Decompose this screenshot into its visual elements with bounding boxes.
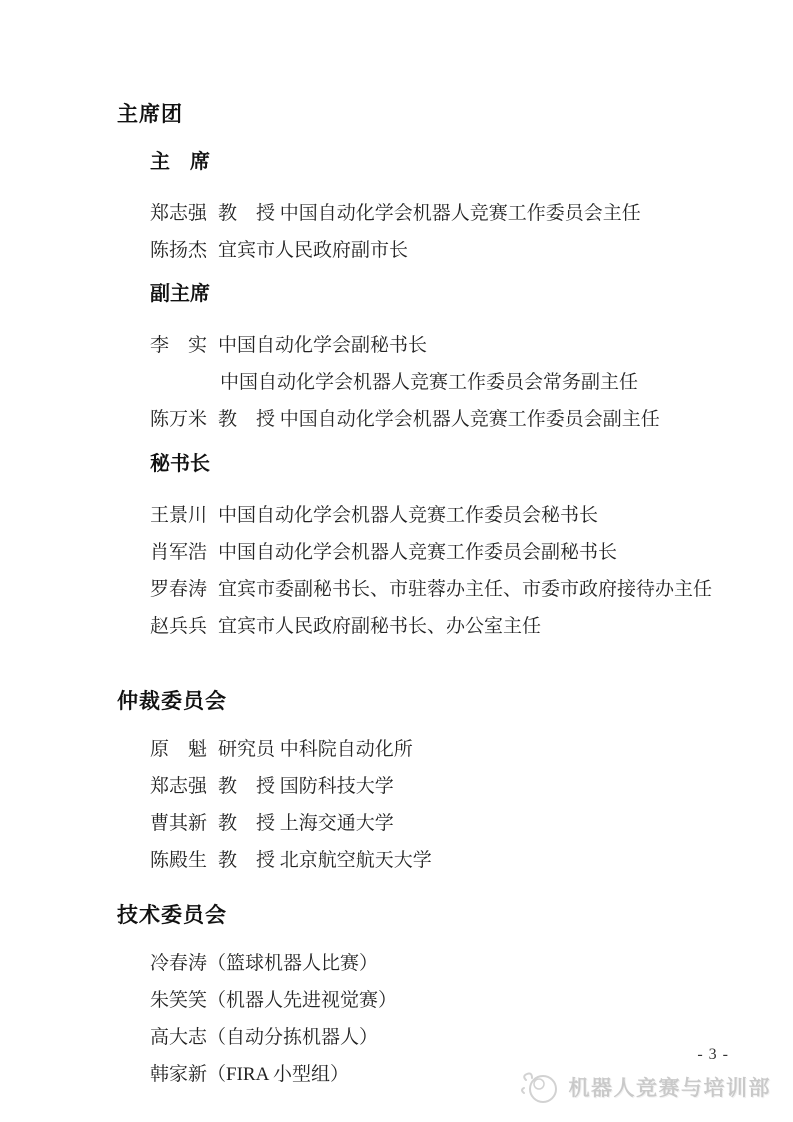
subgroup-title-vice-chair: 副主席	[150, 275, 793, 309]
member-row: 朱笑笑（机器人先进视觉赛）	[150, 980, 793, 1017]
member-position: 中国自动化学会机器人竞赛工作委员会常务副主任	[220, 367, 638, 394]
member-position: 教 授 上海交通大学	[218, 808, 394, 835]
member-name: 赵兵兵	[150, 611, 207, 638]
member-position-continuation: 中国自动化学会机器人竞赛工作委员会常务副主任	[150, 362, 793, 399]
member-row: 赵兵兵宜宾市人民政府副秘书长、办公室主任	[150, 606, 793, 643]
member-position: 教 授 中国自动化学会机器人竞赛工作委员会副主任	[218, 404, 660, 431]
member-row: 陈扬杰宜宾市人民政府副市长	[150, 230, 793, 267]
page-number: - 3 -	[697, 1046, 729, 1064]
subgroup-title-secretary-general: 秘书长	[150, 444, 793, 478]
member-name: 曹其新	[150, 808, 207, 835]
member-name: 陈殿生	[150, 845, 207, 872]
member-row: 肖军浩中国自动化学会机器人竞赛工作委员会副秘书长	[150, 532, 793, 569]
member-position: 中国自动化学会机器人竞赛工作委员会秘书长	[218, 500, 598, 527]
member-position: 教 授 中国自动化学会机器人竞赛工作委员会主任	[218, 198, 641, 225]
member-position: 宜宾市人民政府副秘书长、办公室主任	[218, 611, 541, 638]
watermark-label: 机器人竞赛与培训部	[569, 1072, 772, 1102]
section-presidium: 主席团 主 席 郑志强教 授 中国自动化学会机器人竞赛工作委员会主任 陈扬杰宜宾…	[0, 98, 793, 643]
section-title-arbitration: 仲裁委员会	[117, 685, 793, 715]
member-name: 罗春涛	[150, 574, 207, 601]
member-name: 郑志强	[150, 198, 207, 225]
member-name-event: 韩家新（FIRA 小型组）	[150, 1059, 349, 1086]
member-row: 王景川中国自动化学会机器人竞赛工作委员会秘书长	[150, 495, 793, 532]
subgroup-title-chair: 主 席	[150, 142, 793, 176]
member-name-event: 朱笑笑（机器人先进视觉赛）	[150, 985, 397, 1012]
member-row: 郑志强教 授 国防科技大学	[150, 766, 793, 803]
member-row: 李 实中国自动化学会副秘书长	[150, 325, 793, 362]
section-title-technical: 技术委员会	[117, 899, 793, 929]
member-name: 陈扬杰	[150, 235, 207, 262]
member-row: 陈万米教 授 中国自动化学会机器人竞赛工作委员会副主任	[150, 399, 793, 436]
member-position: 研究员 中科院自动化所	[218, 734, 413, 761]
member-name-event: 冷春涛（篮球机器人比赛）	[150, 948, 378, 975]
member-position: 宜宾市委副秘书长、市驻蓉办主任、市委市政府接待办主任	[218, 574, 712, 601]
member-position: 中国自动化学会机器人竞赛工作委员会副秘书长	[218, 537, 617, 564]
member-position: 教 授 北京航空航天大学	[218, 845, 432, 872]
mascot-logo-icon	[518, 1068, 560, 1106]
section-arbitration: 仲裁委员会 原 魁研究员 中科院自动化所 郑志强教 授 国防科技大学 曹其新教 …	[0, 685, 793, 877]
member-name: 陈万米	[150, 404, 207, 431]
member-position: 教 授 国防科技大学	[218, 771, 394, 798]
member-name: 肖军浩	[150, 537, 207, 564]
member-position: 中国自动化学会副秘书长	[218, 330, 427, 357]
member-name-event: 高大志（自动分拣机器人）	[150, 1022, 378, 1049]
member-row: 罗春涛宜宾市委副秘书长、市驻蓉办主任、市委市政府接待办主任	[150, 569, 793, 606]
document-page: 主席团 主 席 郑志强教 授 中国自动化学会机器人竞赛工作委员会主任 陈扬杰宜宾…	[0, 0, 793, 1122]
watermark: 机器人竞赛与培训部	[518, 1068, 772, 1106]
member-name: 郑志强	[150, 771, 207, 798]
member-name: 王景川	[150, 500, 207, 527]
member-row: 冷春涛（篮球机器人比赛）	[150, 943, 793, 980]
section-technical: 技术委员会 冷春涛（篮球机器人比赛） 朱笑笑（机器人先进视觉赛） 高大志（自动分…	[0, 899, 793, 1091]
member-row: 原 魁研究员 中科院自动化所	[150, 729, 793, 766]
member-name: 原 魁	[150, 734, 207, 761]
member-name: 李 实	[150, 330, 207, 357]
member-row: 曹其新教 授 上海交通大学	[150, 803, 793, 840]
member-row: 郑志强教 授 中国自动化学会机器人竞赛工作委员会主任	[150, 193, 793, 230]
member-position: 宜宾市人民政府副市长	[218, 235, 408, 262]
section-title-presidium: 主席团	[117, 98, 793, 128]
member-row: 陈殿生教 授 北京航空航天大学	[150, 840, 793, 877]
